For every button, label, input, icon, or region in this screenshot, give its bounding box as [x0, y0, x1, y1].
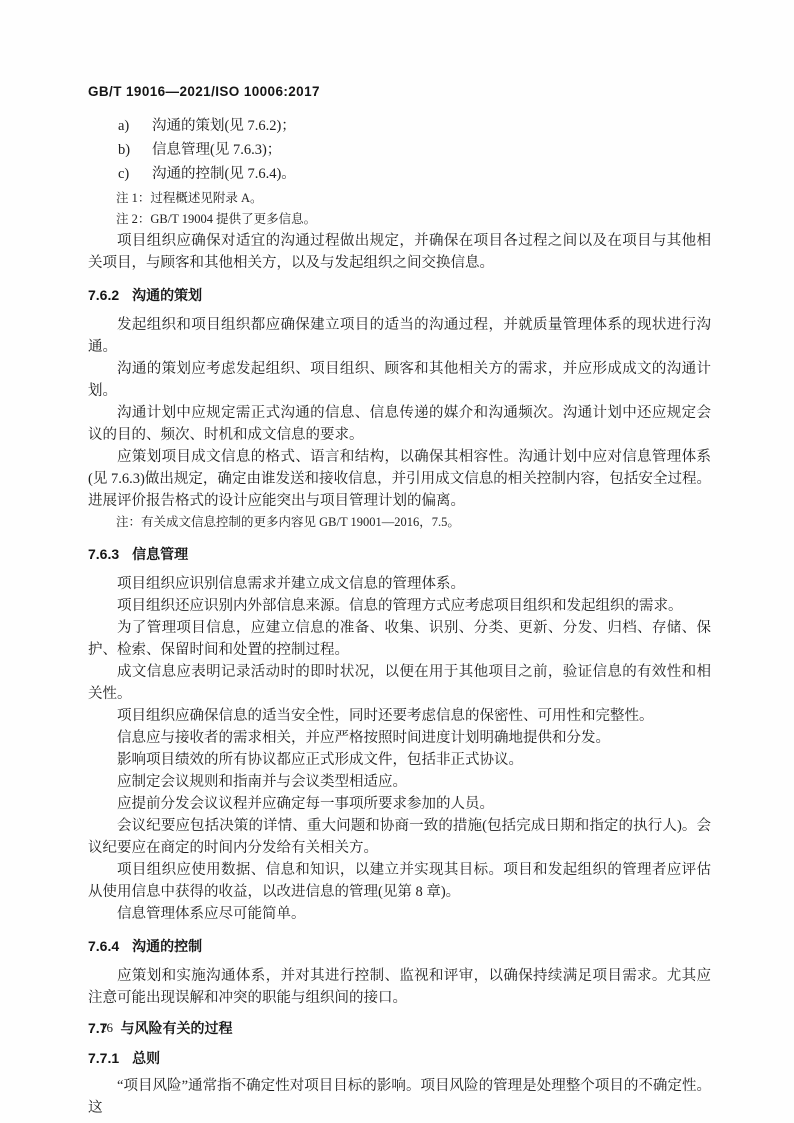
list-item-text: 沟通的控制(见 7.6.4)。 [152, 166, 296, 182]
note-1: 注 1：过程概述见附录 A。 [88, 188, 711, 209]
paragraph: 沟通的策划应考虑发起组织、项目组织、顾客和其他相关方的需求，并应形成成文的沟通计… [88, 358, 711, 402]
paragraph: 应策划项目成文信息的格式、语言和结构，以确保其相容性。沟通计划中应对信息管理体系… [88, 446, 711, 512]
list-item-label: c) [118, 162, 152, 186]
paragraph: 成文信息应表明记录活动时的即时状况，以便在用于其他项目之前，验证信息的有效性和相… [88, 661, 711, 705]
standard-code-header: GB/T 19016—2021/ISO 10006:2017 [88, 84, 320, 99]
document-page: GB/T 19016—2021/ISO 10006:2017 a)沟通的策划(见… [0, 0, 794, 1123]
paragraph: 发起组织和项目组织都应确保建立项目的适当的沟通过程，并就质量管理体系的现状进行沟… [88, 314, 711, 358]
list-item: c)沟通的控制(见 7.6.4)。 [88, 162, 711, 186]
list-item-label: b) [118, 138, 152, 162]
paragraph: 会议纪要应包括决策的详情、重大问题和协商一致的措施(包括完成日期和指定的执行人)… [88, 815, 711, 859]
paragraph: 项目组织应确保信息的适当安全性，同时还要考虑信息的保密性、可用性和完整性。 [88, 705, 711, 727]
section-title: 总则 [132, 1050, 160, 1066]
note-2: 注 2：GB/T 19004 提供了更多信息。 [88, 209, 711, 230]
section-number: 7.6.3 [88, 543, 119, 565]
list-item-label: a) [118, 114, 152, 138]
list-item-text: 信息管理(见 7.6.3)； [152, 142, 281, 158]
paragraph: 为了管理项目信息，应建立信息的准备、收集、识别、分类、更新、分发、归档、存储、保… [88, 617, 711, 661]
list-item-text: 沟通的策划(见 7.6.2)； [152, 118, 296, 134]
paragraph: 信息管理体系应尽可能简单。 [88, 903, 711, 925]
paragraph: 项目组织应确保对适宜的沟通过程做出规定，并确保在项目各过程之间以及在项目与其他相… [88, 230, 711, 274]
section-number: 7.6.4 [88, 935, 119, 957]
paragraph: 影响项目绩效的所有协议都应正式形成文件，包括非正式协议。 [88, 749, 711, 771]
paragraph: 信息应与接收者的需求相关，并应严格按照时间进度计划明确地提供和分发。 [88, 727, 711, 749]
paragraph: 项目组织还应识别内外部信息来源。信息的管理方式应考虑项目组织和发起组织的需求。 [88, 595, 711, 617]
section-heading-7-6-3: 7.6.3信息管理 [88, 543, 711, 565]
note-7-6-2: 注：有关成文信息控制的更多内容见 GB/T 19001—2016，7.5。 [88, 512, 711, 533]
paragraph: 沟通计划中应规定需正式沟通的信息、信息传递的媒介和沟通频次。沟通计划中还应规定会… [88, 402, 711, 446]
section-title: 沟通的控制 [132, 938, 202, 954]
paragraph: 应制定会议规则和指南并与会议类型相适应。 [88, 771, 711, 793]
paragraph: 应提前分发会议议程并应确定每一事项所要求参加的人员。 [88, 793, 711, 815]
page-number: 16 [100, 1020, 113, 1036]
section-title: 信息管理 [132, 546, 188, 562]
page-content: a)沟通的策划(见 7.6.2)； b)信息管理(见 7.6.3)； c)沟通的… [88, 114, 711, 1119]
section-number: 7.6.2 [88, 284, 119, 306]
paragraph: 应策划和实施沟通体系，并对其进行控制、监视和评审，以确保持续满足项目需求。尤其应… [88, 965, 711, 1009]
section-number: 7.7.1 [88, 1047, 119, 1069]
section-title: 与风险有关的过程 [120, 1020, 232, 1036]
notes-block: 注 1：过程概述见附录 A。 注 2：GB/T 19004 提供了更多信息。 [88, 188, 711, 230]
section-title: 沟通的策划 [132, 287, 202, 303]
list-item: b)信息管理(见 7.6.3)； [88, 138, 711, 162]
section-heading-7-7: 7.7与风险有关的过程 [88, 1017, 711, 1039]
paragraph: 项目组织应识别信息需求并建立成文信息的管理体系。 [88, 573, 711, 595]
list-item: a)沟通的策划(见 7.6.2)； [88, 114, 711, 138]
paragraph: “项目风险”通常指不确定性对项目目标的影响。项目风险的管理是处理整个项目的不确定… [88, 1075, 711, 1119]
section-heading-7-6-4: 7.6.4沟通的控制 [88, 935, 711, 957]
paragraph: 项目组织应使用数据、信息和知识，以建立并实现其目标。项目和发起组织的管理者应评估… [88, 859, 711, 903]
section-heading-7-6-2: 7.6.2沟通的策划 [88, 284, 711, 306]
section-heading-7-7-1: 7.7.1总则 [88, 1047, 711, 1069]
